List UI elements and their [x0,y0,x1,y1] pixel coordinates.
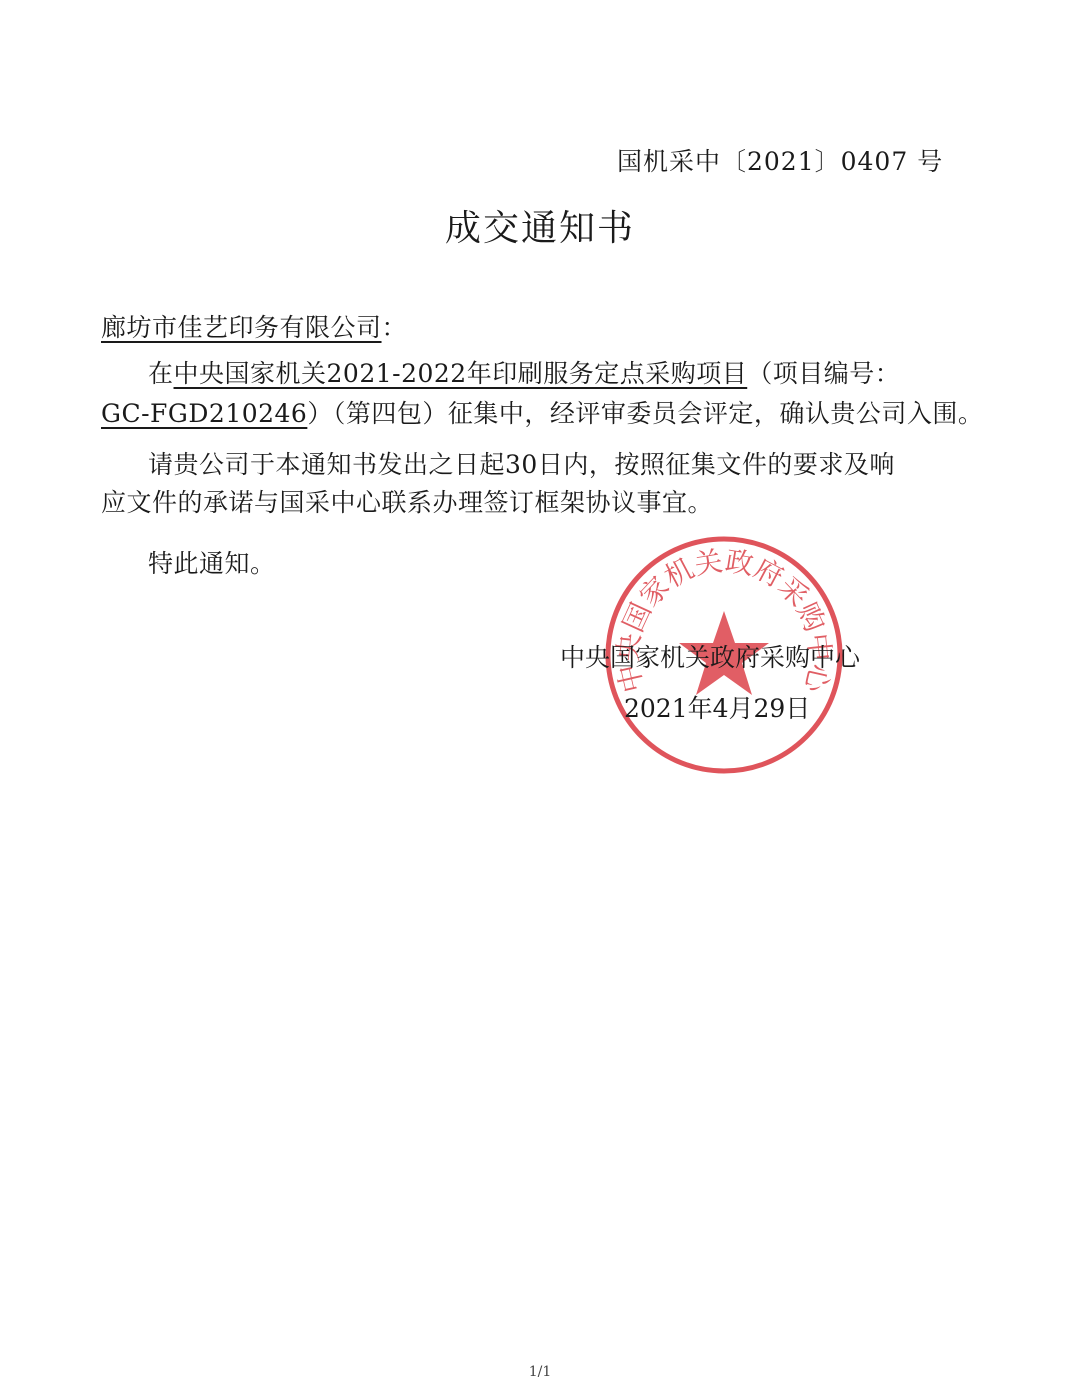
paragraph-1-line-1: 在中央国家机关2021-2022年印刷服务定点采购项目（项目编号： [148,354,900,390]
document-title: 成交通知书 [0,200,1080,251]
page-indicator: 1/1 [0,1364,1080,1380]
closing-text: 特此通知。 [148,544,276,580]
project-code: GC-FGD210246 [101,399,307,428]
signature-date: 2021年4月29日 [624,689,810,725]
paragraph-2-line-2: 应文件的承诺与国采中心联系办理签订框架协议事宜。 [101,483,713,519]
addressee-line: 廊坊市佳艺印务有限公司： [101,308,407,344]
para1-after-project: （项目编号： [747,359,900,388]
paragraph-1-line-2: GC-FGD210246）（第四包）征集中，经评审委员会评定，确认贵公司入围。 [101,394,983,430]
paragraph-2-line-1: 请贵公司于本通知书发出之日起30日内，按照征集文件的要求及响 [148,445,895,481]
para1-prefix: 在 [148,359,174,388]
para1-rest: ）（第四包）征集中，经评审委员会评定，确认贵公司入围。 [307,399,983,428]
addressee-colon: ： [382,313,408,342]
signature-organization: 中央国家机关政府采购中心 [560,638,860,674]
doc-number: 国机采中〔2021〕0407 号 [617,142,943,178]
addressee: 廊坊市佳艺印务有限公司 [101,313,382,342]
project-name: 中央国家机关2021-2022年印刷服务定点采购项目 [174,359,748,388]
